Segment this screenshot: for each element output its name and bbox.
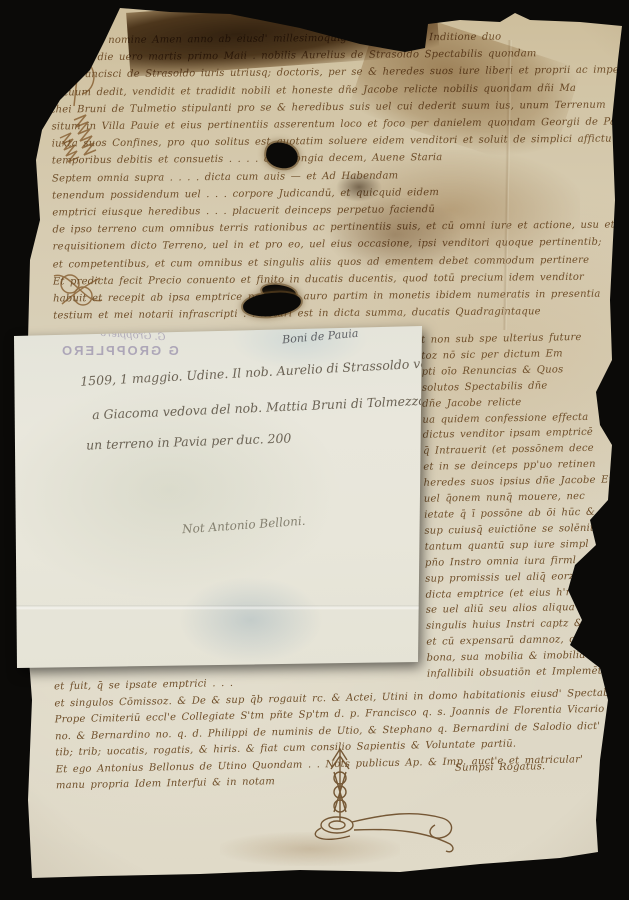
ownership-stamp-mirrored: G GROPPLERO (60, 343, 179, 358)
manuscript-line: et cū expensarū damnoz, oīm & exp (426, 631, 626, 650)
slip-notary-name: Not Antonio Belloni. (182, 514, 306, 537)
manuscript-line: sup cuiusq̄ euictiōne se solēniter (424, 520, 624, 539)
manuscript-upper-block: In Christi nomine Amen anno ab eiusd' mi… (51, 28, 620, 325)
manuscript-line: pño Instro omnia iura firml (425, 552, 625, 571)
slip-note-line: a Giacoma vedova del nob. Mattia Bruni d… (92, 393, 426, 423)
manuscript-line: bona, sua mobilia & imobilia pñtia (427, 647, 627, 666)
manuscript-photo: In Christi nomine Amen anno ab eiusd' mi… (0, 0, 629, 900)
manuscript-line: testium et mei notarii infrascripti . . … (53, 303, 619, 325)
notarial-sign (292, 744, 492, 859)
archival-slip: G. Gropplero G GROPPLERO Boni de Pauia 1… (14, 326, 422, 668)
manuscript-line: sup promissis uel aliq̄ eorz sese in (425, 568, 625, 587)
slip-note-line: 1509, 1 maggio. Udine. Il nob. Aurelio d… (80, 354, 452, 388)
slip-note-line: un terreno in Pavia per duc. 200 (86, 430, 292, 452)
manuscript-line: ietate q̄ ī possōne ab ōi hūc & (424, 504, 624, 523)
manuscript-right-column: t non sub spe ulterius futuretoz nō sic … (421, 329, 627, 682)
slip-fold-crease (14, 605, 422, 610)
manuscript-line: dicta emptrice (et eius h'redz ac (425, 584, 625, 603)
slip-annotation: Boni de Pauia (282, 327, 359, 347)
manuscript-line: se uel aliū seu alios aliqua red (426, 600, 626, 619)
manuscript-line: singulis huius Instri captz & claus stip (426, 616, 626, 635)
manuscript-line: tantum quantū sup iure simpl (425, 536, 625, 555)
